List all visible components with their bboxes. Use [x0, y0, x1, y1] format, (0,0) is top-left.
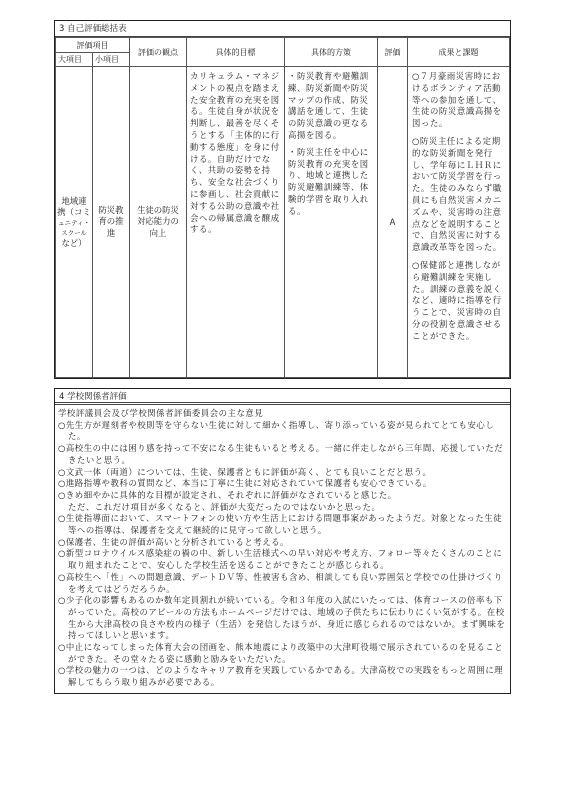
- minor-item-cell: 防災教育の推進: [93, 67, 130, 378]
- section-4-title: 4 学校関係者評価: [55, 389, 510, 405]
- result-item: ○防災主任による定期的な防災新聞を発行し、学年毎にＬＨＲにおいて防災学習を行った…: [412, 136, 506, 254]
- header-goal: 具体的目標: [187, 38, 285, 67]
- opinion-item: ○新型コロナウイルス感染症の禍の中、新しい生活様式への早い対応や考え方、フォロー…: [58, 548, 508, 571]
- result-item: ○保健部と連携しながら避難訓練を実施した。訓練の意義を説くなど、適時に指導を行う…: [412, 260, 506, 343]
- header-minor-item: 小項目: [93, 53, 130, 67]
- opinion-continuation: ただ、これだけ項目が多くなると、評価が大変だったのではないかと思った。: [58, 502, 508, 514]
- opinion-item: ○きめ細やかに具体的な目標が設定され、それぞれに評価がなされていると感じた。: [58, 490, 508, 502]
- opinion-item: ○少子化の影響もあるのか数年定員割れが続いている。令和３年度の入試にいたっては、…: [58, 595, 508, 642]
- plan-cell: ・防災教育や避難訓練、防災新聞や防災マップの作成、防災講話を通して、生徒の防災意…: [285, 67, 378, 378]
- plan-item: ・防災主任を中心に防災教育の充実を図り、地域と連携した防災避難訓練等、体験的学習…: [288, 147, 374, 218]
- major-item-line: 携（コミ: [56, 207, 92, 218]
- header-rating: 評価: [378, 38, 408, 67]
- table-row: 地域連 携（コミ ュニティ・ スクール など） 防災教育の推進 生徒の防災対応能…: [56, 67, 510, 378]
- opinion-item: ○生徒指導面において、スマートフォンの使い方や生活上における問題事案があったよう…: [58, 513, 508, 536]
- viewpoint-cell: 生徒の防災対応能力の向上: [130, 67, 187, 378]
- header-viewpoint: 評価の観点: [130, 38, 187, 67]
- opinion-item: ○文武一体（両道）については、生徒、保護者ともに評価が高く、とても良いことだと思…: [58, 467, 508, 479]
- opinions-heading: 学校評議員会及び学校関係者評価委員会の主な意見: [58, 408, 508, 420]
- result-item: ○７月豪雨災害時におけるボランティア活動等への参加を通して、生徒の防災意識高揚を…: [412, 71, 506, 130]
- major-item-line: スクール: [56, 228, 92, 238]
- header-plan: 具体的方策: [285, 38, 378, 67]
- major-item-line: など）: [56, 238, 92, 249]
- opinion-item: ○高校生へ「性」への問題意識、デートＤＶ等、性被害も含め、相談しても良い雰囲気と…: [58, 572, 508, 595]
- plan-item: ・防災教育や避難訓練、防災新聞や防災マップの作成、防災講話を通して、生徒の防災意…: [288, 71, 374, 142]
- section-3-title: 3 自己評価総括表: [55, 21, 510, 37]
- opinion-item: ○中止になってしまった体育大会の団画を、熊本地震により改築中の大津町役場で展示さ…: [58, 642, 508, 665]
- opinion-item: ○先生方が遅刻者や校則等を守らない生徒に対して細かく指導し、寄り添っている姿が見…: [58, 420, 508, 443]
- opinions-body: 学校評議員会及び学校関係者評価委員会の主な意見 ○先生方が遅刻者や校則等を守らな…: [55, 405, 510, 689]
- opinion-item: ○保護者、生徒の評価が高いと分析されていると考える。: [58, 537, 508, 549]
- rating-cell: A: [378, 67, 408, 378]
- self-evaluation-summary-section: 3 自己評価総括表 評価項目 評価の観点 具体的目標 具体的方策 評価 成果と課…: [54, 20, 511, 379]
- results-cell: ○７月豪雨災害時におけるボランティア活動等への参加を通して、生徒の防災意識高揚を…: [408, 67, 510, 378]
- header-results: 成果と課題: [408, 38, 510, 67]
- major-item-line: 地域連: [56, 196, 92, 207]
- opinion-item: ○学校の魅力の一つは、どのようなキャリア教育を実践しているかである。大津高校での…: [58, 665, 508, 688]
- self-evaluation-table: 評価項目 評価の観点 具体的目標 具体的方策 評価 成果と課題 大項目 小項目 …: [55, 37, 510, 378]
- major-item-cell: 地域連 携（コミ ュニティ・ スクール など）: [56, 67, 93, 378]
- school-stakeholder-evaluation-section: 4 学校関係者評価 学校評議員会及び学校関係者評価委員会の主な意見 ○先生方が遅…: [54, 388, 511, 694]
- opinion-item: ○進路指導や教科の質問など、本当に丁寧に生徒に対応されていて保護者も安心できてい…: [58, 478, 508, 490]
- goal-cell: カリキュラム・マネジメントの視点を踏まえた安全教育の充実を図る。生徒自身が状況を…: [187, 67, 285, 378]
- opinion-item: ○高校生の中には困り感を持って不安になる生徒もいると考える。一緒に伴走しながら三…: [58, 443, 508, 466]
- header-major-item: 大項目: [56, 53, 93, 67]
- major-item-line: ュニティ・: [56, 218, 92, 228]
- header-evaluation-items: 評価項目: [56, 38, 130, 53]
